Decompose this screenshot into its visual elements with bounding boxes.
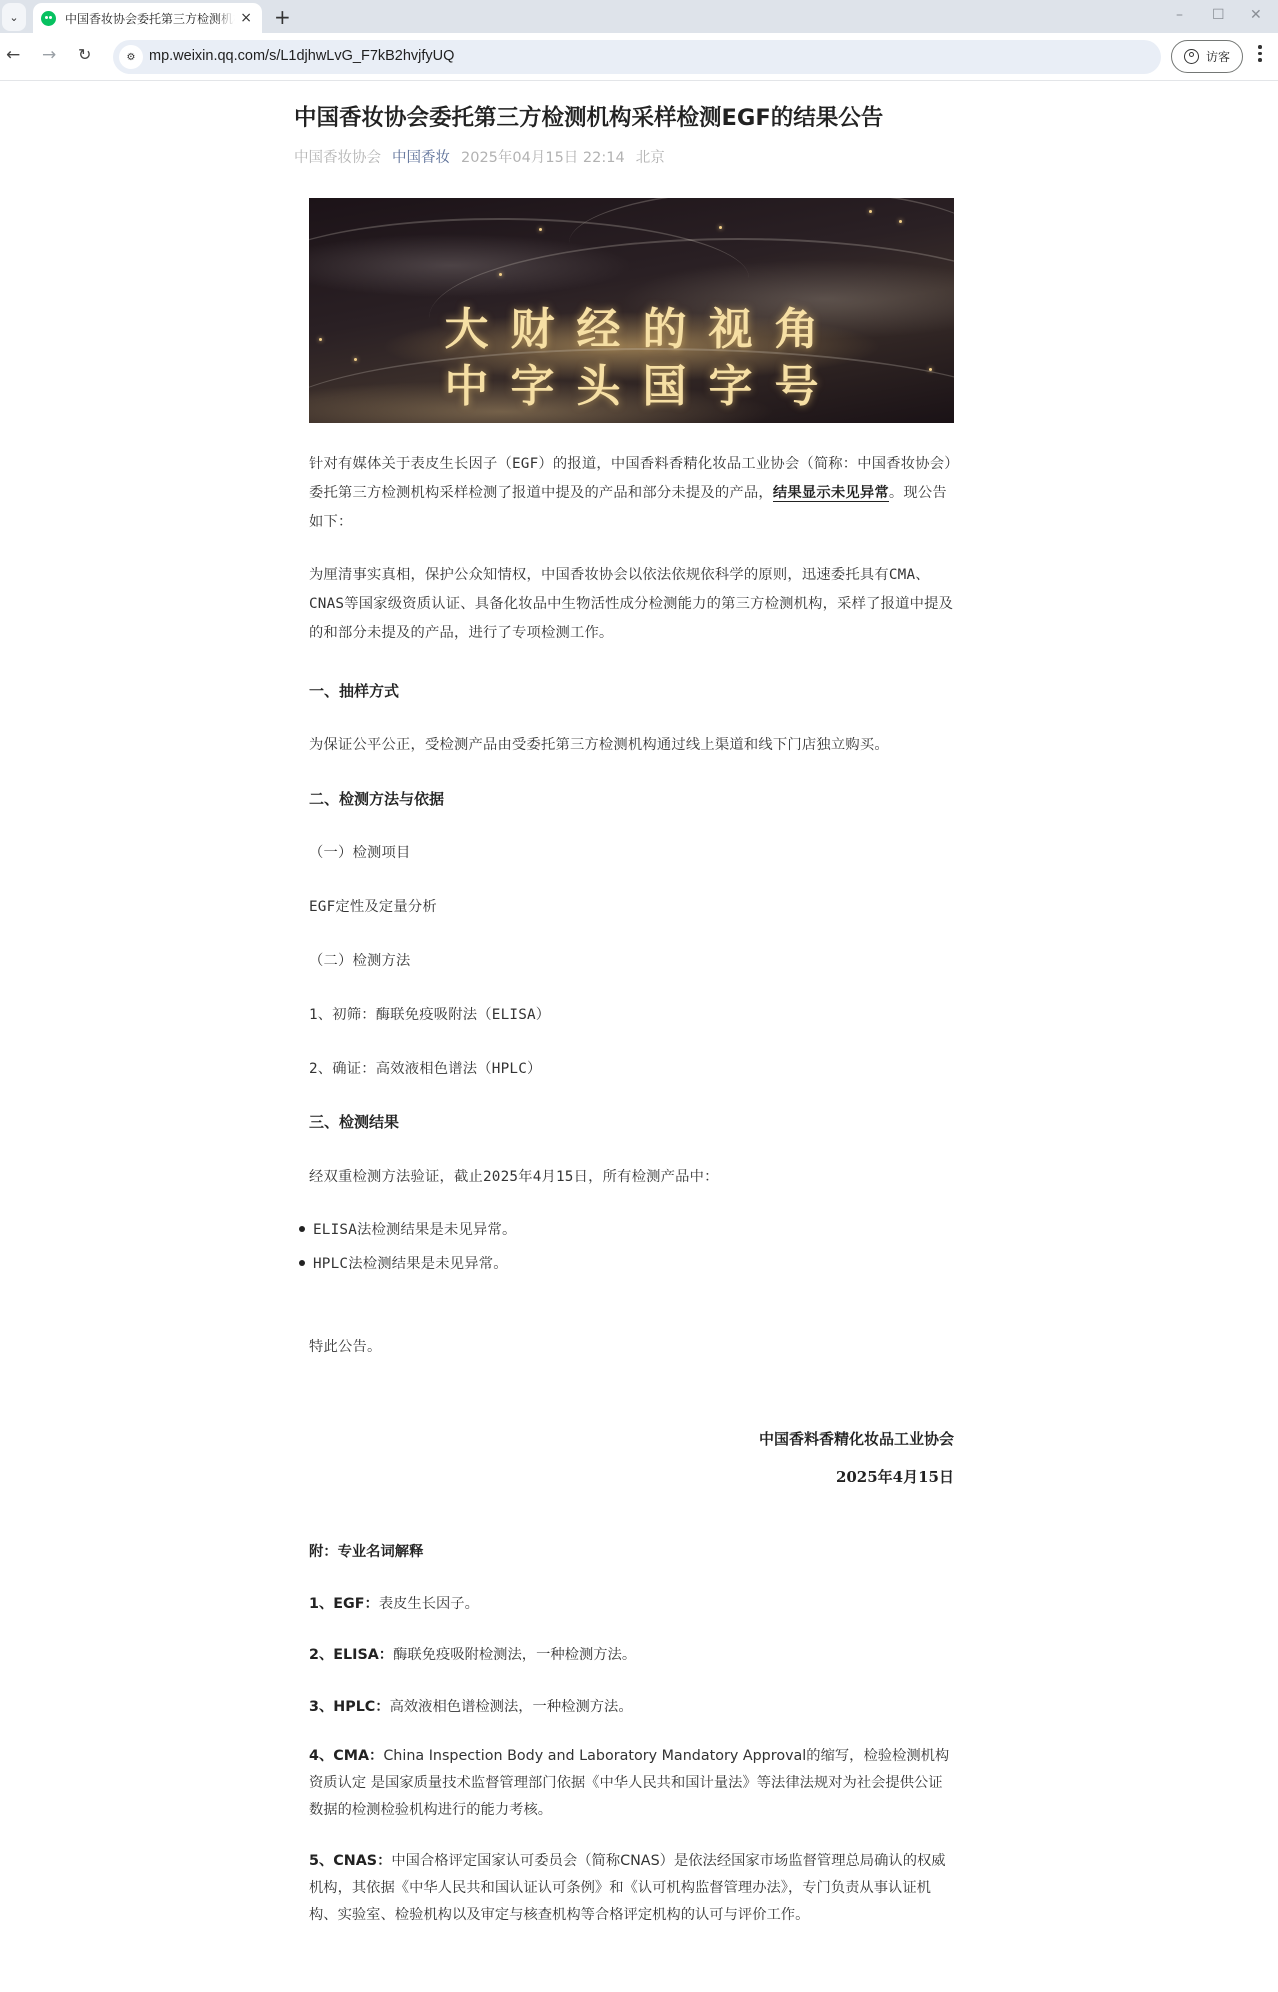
browser-tab-bar: ⌄ 中国香妆协会委托第三方检测机构采样检测EGF的结果公告 × + – ☐ ✕	[0, 0, 1278, 33]
url-text[interactable]: mp.weixin.qq.com/s/L1djhwLvG_F7kB2hvjfyU…	[149, 48, 454, 64]
article-meta: 中国香妆协会 中国香妆 2025年04月15日 22:14 北京	[294, 146, 665, 167]
section3-text: 经双重检测方法验证，截止2025年4月15日，所有检测产品中：	[309, 1166, 719, 1186]
background-paragraph: 为厘清事实真相，保护公众知情权，中国香妆协会以依法依规依科学的原则，迅速委托具有…	[309, 561, 954, 648]
window-close-icon[interactable]: ✕	[1250, 6, 1262, 24]
publish-datetime: 2025年04月15日 22:14	[461, 146, 625, 167]
glossary-item-elisa: 2、ELISA：酶联免疫吸附检测法，一种检测方法。	[309, 1644, 636, 1664]
author-name: 中国香妆协会	[294, 146, 381, 167]
back-arrow-icon[interactable]: ←	[6, 45, 20, 65]
method-elisa: 1、初筛：酶联免疫吸附法（ELISA）	[309, 1004, 550, 1024]
result-bullet-hplc: HPLC法检测结果是未见异常。	[299, 1253, 508, 1273]
article: 中国香妆协会委托第三方检测机构采样检测EGF的结果公告 中国香妆协会 中国香妆 …	[0, 81, 1278, 1992]
window-minimize-icon[interactable]: –	[1176, 6, 1183, 24]
glossary-term: 5、CNAS：	[309, 1853, 391, 1869]
account-circle-icon	[1184, 49, 1199, 64]
more-menu-icon[interactable]	[1258, 45, 1262, 62]
glossary-term: 2、ELISA：	[309, 1647, 393, 1663]
section1-heading: 一、抽样方式	[309, 680, 399, 701]
signature-org: 中国香料香精化妆品工业协会	[759, 1428, 954, 1449]
section1-text: 为保证公平公正，受检测产品由受委托第三方检测机构通过线上渠道和线下门店独立购买。	[309, 734, 889, 754]
glossary-definition: 中国合格评定国家认可委员会（简称CNAS）是依法经国家市场监督管理总局确认的权威…	[309, 1853, 946, 1923]
glossary-definition: 高效液相色谱检测法，一种检测方法。	[390, 1699, 633, 1715]
signature-date: 2025年4月15日	[836, 1466, 954, 1487]
glossary-definition: 表皮生长因子。	[379, 1596, 479, 1612]
reload-icon[interactable]: ↻	[78, 45, 91, 65]
address-bar[interactable]: ⚙ mp.weixin.qq.com/s/L1djhwLvG_F7kB2hvjf…	[113, 40, 1161, 74]
tab-title: 中国香妆协会委托第三方检测机构采样检测EGF的结果公告	[65, 10, 235, 27]
glossary-term: 1、EGF：	[309, 1596, 379, 1612]
account-link[interactable]: 中国香妆	[392, 146, 450, 167]
window-maximize-icon[interactable]: ☐	[1212, 6, 1225, 24]
cover-headline-line1: 大财经的视角	[309, 293, 954, 357]
tab-search-button[interactable]: ⌄	[2, 3, 26, 31]
browser-toolbar: ← → ↻ ⚙ mp.weixin.qq.com/s/L1djhwLvG_F7k…	[0, 33, 1278, 81]
glossary-heading: 附：专业名词解释	[309, 1541, 423, 1561]
chevron-down-icon: ⌄	[9, 11, 18, 24]
cover-image: 大财经的视角 中字头国字号	[309, 198, 954, 423]
wechat-favicon-icon	[41, 11, 56, 26]
glossary-definition: 酶联免疫吸附检测法，一种检测方法。	[393, 1647, 636, 1663]
glossary-item-cma: 4、CMA：China Inspection Body and Laborato…	[309, 1743, 954, 1824]
forward-arrow-icon[interactable]: →	[42, 45, 56, 65]
browser-tab-active[interactable]: 中国香妆协会委托第三方检测机构采样检测EGF的结果公告 ×	[33, 3, 262, 33]
glossary-term: 4、CMA：	[309, 1748, 383, 1764]
section2-sub1-heading: （一）检测项目	[309, 842, 410, 862]
profile-guest-button[interactable]: 访客	[1171, 40, 1243, 73]
site-info-tune-icon[interactable]: ⚙	[119, 45, 143, 69]
section2-sub2-heading: （二）检测方法	[309, 950, 410, 970]
method-hplc: 2、确证：高效液相色谱法（HPLC）	[309, 1058, 542, 1078]
section2-sub1-text: EGF定性及定量分析	[309, 896, 437, 916]
intro-paragraph: 针对有媒体关于表皮生长因子（EGF）的报道，中国香料香精化妆品工业协会（简称：中…	[309, 450, 954, 537]
section2-heading: 二、检测方法与依据	[309, 788, 444, 809]
tab-close-icon[interactable]: ×	[240, 10, 252, 26]
article-title: 中国香妆协会委托第三方检测机构采样检测EGF的结果公告	[294, 100, 883, 132]
new-tab-plus-icon[interactable]: +	[274, 5, 291, 29]
glossary-term: 3、HPLC：	[309, 1699, 390, 1715]
cover-headline-line2: 中字头国字号	[309, 350, 954, 414]
profile-label: 访客	[1206, 48, 1230, 65]
result-bullet-elisa: ELISA法检测结果是未见异常。	[299, 1219, 517, 1239]
glossary-item-egf: 1、EGF：表皮生长因子。	[309, 1593, 479, 1613]
glossary-definition: China Inspection Body and Laboratory Man…	[309, 1748, 949, 1818]
intro-emphasis: 结果显示未见异常	[773, 485, 889, 502]
glossary-item-cnas: 5、CNAS：中国合格评定国家认可委员会（简称CNAS）是依法经国家市场监督管理…	[309, 1848, 954, 1929]
publish-location: 北京	[636, 146, 665, 167]
closing-text: 特此公告。	[309, 1336, 381, 1356]
section3-heading: 三、检测结果	[309, 1111, 399, 1132]
glossary-item-hplc: 3、HPLC：高效液相色谱检测法，一种检测方法。	[309, 1696, 633, 1716]
